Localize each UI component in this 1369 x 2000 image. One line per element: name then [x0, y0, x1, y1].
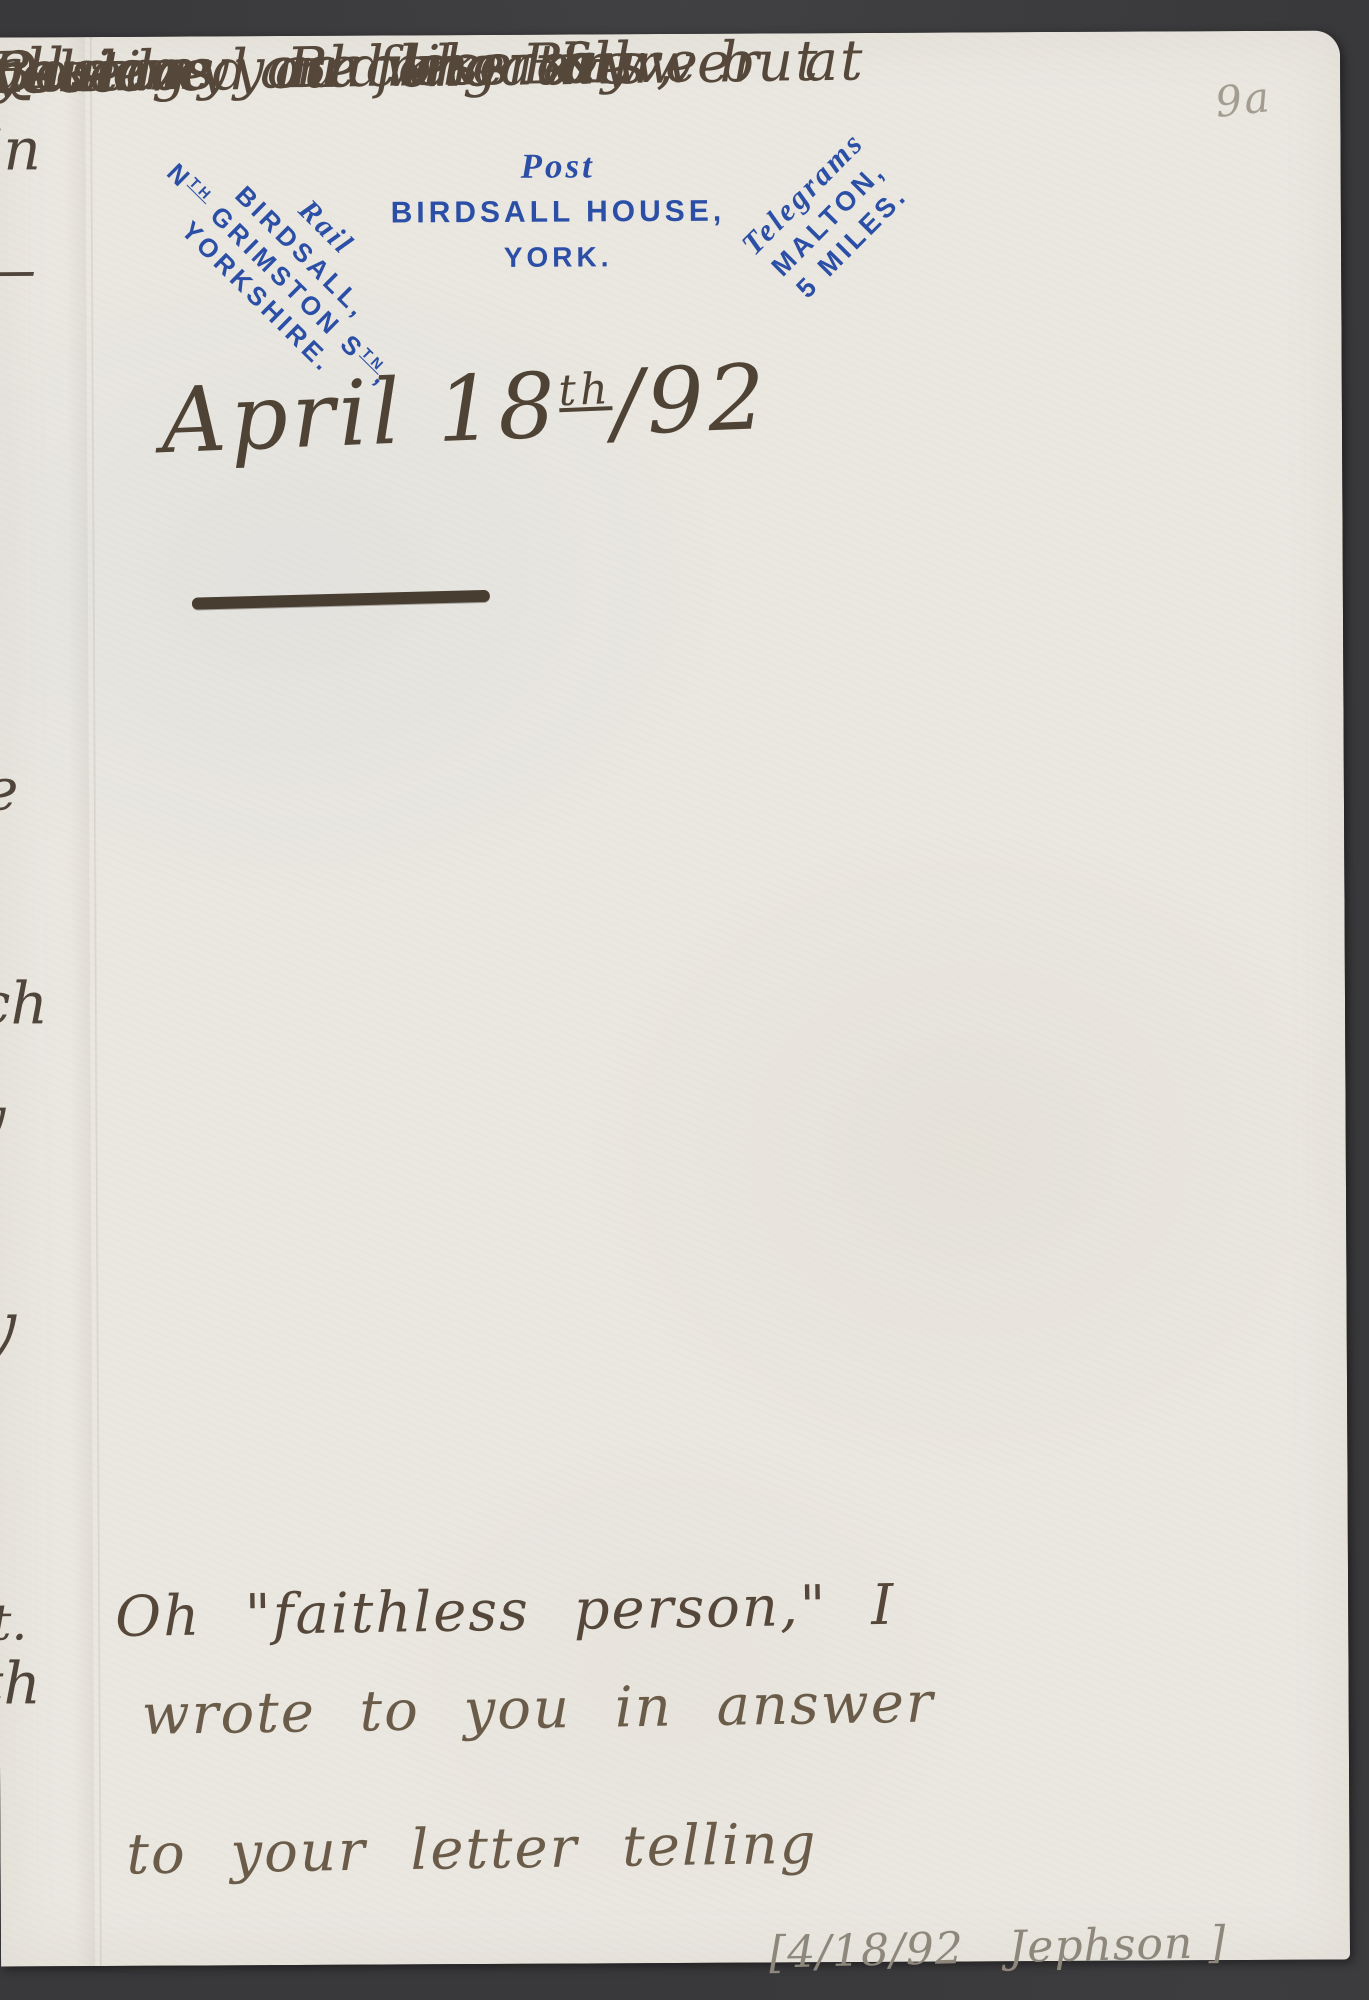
letterhead-post-label: Post	[390, 146, 726, 188]
letterhead-post-address: BIRDSALL HOUSE,	[390, 195, 726, 231]
folio-number-annotation: 9a	[1213, 72, 1274, 127]
margin-writing-fragment: te	[0, 755, 19, 823]
archivist-catalog-note: [4/18/92 Jephson ]	[768, 1917, 1227, 1978]
date-underline-stroke	[192, 590, 490, 610]
date-ordinal: th	[558, 364, 613, 416]
margin-writing-fragment: ith	[0, 1649, 41, 1717]
letterhead-telegrams-block: Telegrams MALTON, 5 MILES.	[688, 78, 986, 377]
letterhead-telegrams-town: MALTON,	[715, 104, 943, 334]
margin-writing-fragment: y	[0, 1083, 6, 1151]
letter-body-line: wrote to you in answer	[141, 1670, 935, 1747]
date-day: April 18	[159, 353, 561, 474]
letterhead-post-block: Post BIRDSALL HOUSE, YORK.	[390, 146, 727, 275]
margin-writing-fragment: t.	[0, 1593, 27, 1651]
date-year: /92	[610, 345, 771, 456]
letter-body-line: Oh "faithless person," I	[115, 1573, 896, 1650]
handwritten-date: April 18th/92	[159, 345, 771, 474]
letter-page: tin — te ch y y t. ith Rail BIRDSALL, NT…	[0, 30, 1350, 1966]
margin-writing-fragment: y	[0, 1287, 16, 1366]
scan-background: tin — te ch y y t. ith Rail BIRDSALL, NT…	[0, 0, 1369, 2000]
margin-writing-fragment: —	[0, 235, 36, 303]
letter-body-line: to your letter telling	[126, 1812, 818, 1888]
margin-writing-fragment: ch	[0, 969, 48, 1037]
margin-writing-fragment: tin	[0, 115, 41, 183]
letterhead-post-city: YORK.	[390, 241, 726, 275]
letter-body-line: Queens are like all	[0, 31, 633, 106]
